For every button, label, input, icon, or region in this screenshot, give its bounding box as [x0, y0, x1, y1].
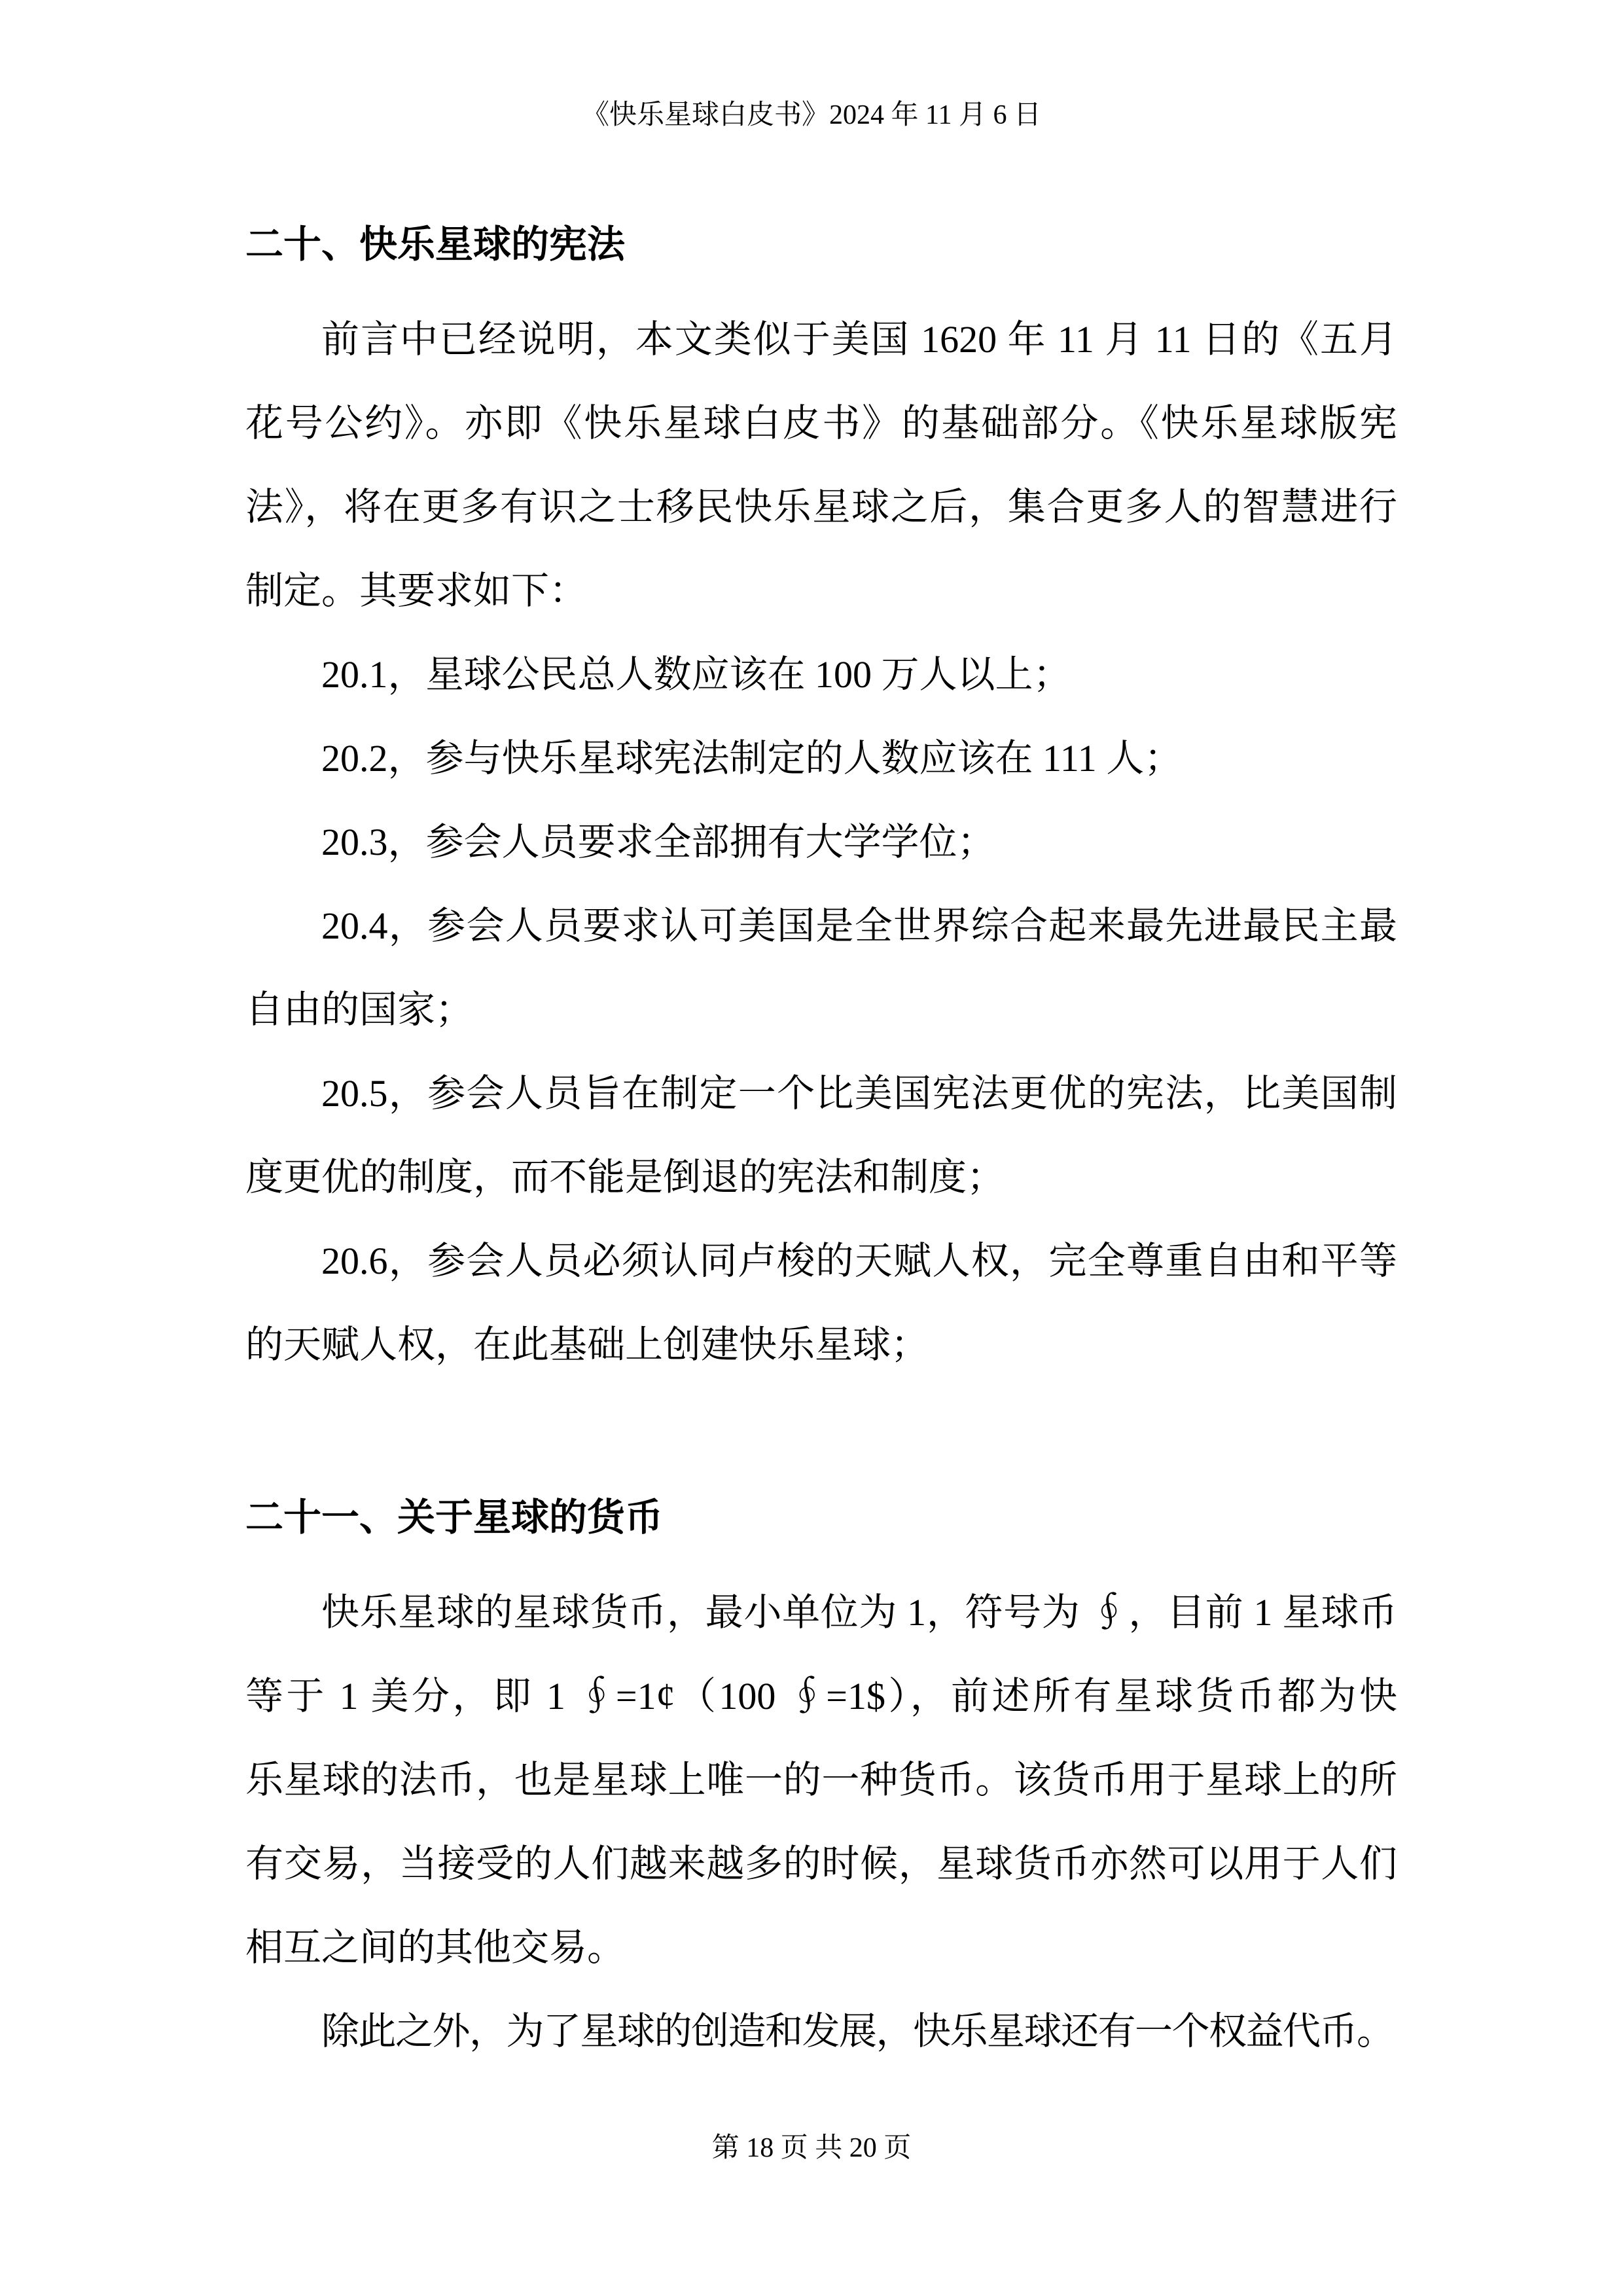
body-line: 20.3，参会人员要求全部拥有大学学位；	[245, 800, 1397, 884]
body-line: 20.6，参会人员必须认同卢梭的天赋人权，完全尊重自由和平等	[245, 1219, 1397, 1303]
body-line: 20.2，参与快乐星球宪法制定的人数应该在 111 人；	[245, 717, 1397, 800]
document-page: 《快乐星球白皮书》2024 年 11 月 6 日 二十、快乐星球的宪法前言中已经…	[0, 0, 1623, 2296]
body-line: 20.4，参会人员要求认可美国是全世界综合起来最先进最民主最	[245, 884, 1397, 968]
body-line: 度更优的制度，而不能是倒退的宪法和制度；	[245, 1136, 1397, 1219]
body-line: 有交易，当接受的人们越来越多的时候，星球货币亦然可以用于人们	[245, 1822, 1397, 1906]
section: 二十、快乐星球的宪法前言中已经说明，本文类似于美国 1620 年 11 月 11…	[245, 203, 1397, 1387]
body-line: 花号公约》。亦即《快乐星球白皮书》的基础部分。《快乐星球版宪	[245, 382, 1397, 465]
body-line: 20.1，星球公民总人数应该在 100 万人以上；	[245, 633, 1397, 717]
body-line: 前言中已经说明，本文类似于美国 1620 年 11 月 11 日的《五月	[245, 298, 1397, 382]
section-heading: 二十一、关于星球的货币	[245, 1476, 1397, 1560]
body-line: 乐星球的法币，也是星球上唯一的一种货币。该货币用于星球上的所	[245, 1738, 1397, 1822]
body-line: 快乐星球的星球货币，最小单位为 1，符号为 ∮，目前 1 星球币	[245, 1571, 1397, 1655]
section-heading: 二十、快乐星球的宪法	[245, 203, 1397, 287]
body-line: 相互之间的其他交易。	[245, 1906, 1397, 1990]
document-body: 二十、快乐星球的宪法前言中已经说明，本文类似于美国 1620 年 11 月 11…	[245, 203, 1397, 2073]
body-line: 的天赋人权，在此基础上创建快乐星球；	[245, 1303, 1397, 1387]
body-line: 除此之外，为了星球的创造和发展，快乐星球还有一个权益代币。	[245, 1990, 1397, 2073]
body-line: 法》，将在更多有识之士移民快乐星球之后，集合更多人的智慧进行	[245, 465, 1397, 549]
page-number-footer: 第 18 页 共 20 页	[0, 2128, 1623, 2168]
body-line: 自由的国家；	[245, 968, 1397, 1052]
section: 二十一、关于星球的货币快乐星球的星球货币，最小单位为 1，符号为 ∮，目前 1 …	[245, 1476, 1397, 2073]
page-header: 《快乐星球白皮书》2024 年 11 月 6 日	[0, 96, 1623, 135]
body-line: 等于 1 美分，即 1 ∮=1¢（100 ∮=1$），前述所有星球货币都为快	[245, 1655, 1397, 1738]
body-line: 制定。其要求如下：	[245, 549, 1397, 633]
body-line: 20.5，参会人员旨在制定一个比美国宪法更优的宪法，比美国制	[245, 1052, 1397, 1136]
